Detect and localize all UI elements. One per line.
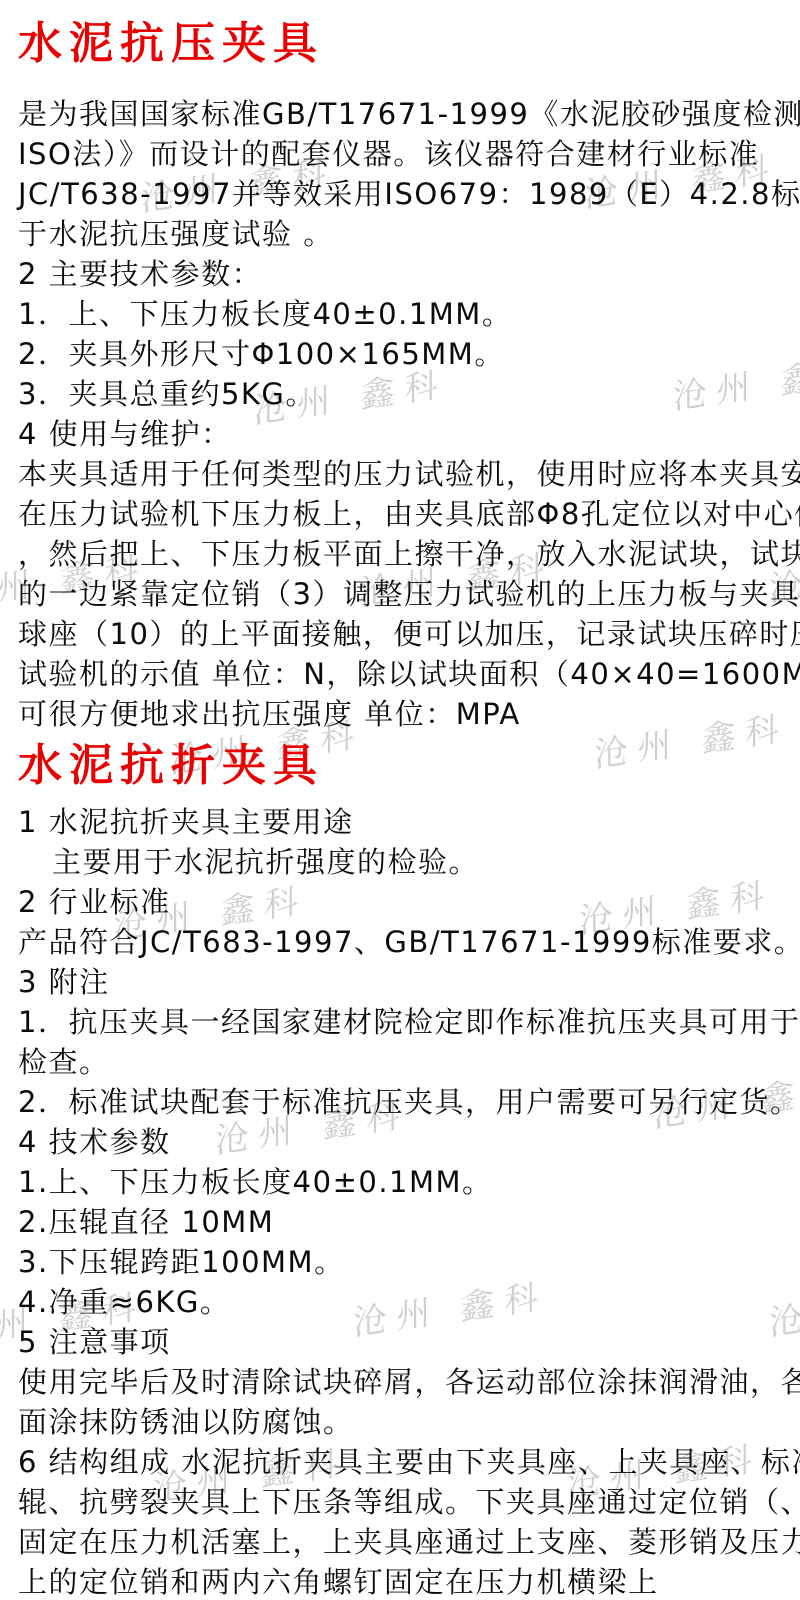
text-line: 在压力试验机下压力板上，由夹具底部Φ8孔定位以对中心位置 — [18, 494, 782, 534]
text-line: 1.上、下压力板长度40±0.1MM。 — [18, 1162, 782, 1202]
text-line: 球座（10）的上平面接触，便可以加压，记录试块压碎时压力 — [18, 614, 782, 654]
document-content: 水泥抗压夹具是为我国国家标准GB/T17671-1999《水泥胶砂强度检测方法（… — [0, 0, 800, 1600]
text-line: 试验机的示值 单位：N，除以试块面积（40×40=1600MM2）即 — [18, 654, 782, 694]
flex-tech-param-item: 2.压辊直径 10MM — [18, 1202, 782, 1242]
section-title-compression-fixture: 水泥抗压夹具 — [18, 18, 782, 70]
text-line: 1 水泥抗折夹具主要用途 — [18, 802, 782, 842]
flex-tech-param-item: 4.净重≈6KG。 — [18, 1282, 782, 1322]
text-line: 3 附注 — [18, 962, 782, 1002]
text-line: 1．抗压夹具一经国家建材院检定即作标准抗压夹具可用于对比 — [18, 1002, 782, 1042]
flex-tech-params-heading: 4 技术参数 — [18, 1122, 782, 1162]
tech-param-item: 3．夹具总重约5KG。 — [18, 374, 782, 414]
text-line: ISO法）》而设计的配套仪器。该仪器符合建材行业标准 — [18, 134, 782, 174]
text-line: 2．标准试块配套于标准抗压夹具，用户需要可另行定货。 — [18, 1082, 782, 1122]
tech-param-item: 1．上、下压力板长度40±0.1MM。 — [18, 294, 782, 334]
tech-param-item: 2．夹具外形尺寸Φ100×165MM。 — [18, 334, 782, 374]
text-line: 使用完毕后及时清除试块碎屑，各运动部位涂抹润滑油，各光 — [18, 1362, 782, 1402]
text-line: 本夹具适用于任何类型的压力试验机，使用时应将本夹具安放 — [18, 454, 782, 494]
structure-paragraph: 6 结构组成 水泥抗折夹具主要由下夹具座、上夹具座、标准夹辊、抗劈裂夹具上下压条… — [18, 1442, 782, 1600]
text-line: 可很方便地求出抗压强度 单位：MPA — [18, 694, 782, 734]
text-line: JC/T638-1997并等效采用ISO679：1989（E）4.2.8标准，用 — [18, 174, 782, 214]
text-line: 3.下压辊跨距100MM。 — [18, 1242, 782, 1282]
cautions-heading: 5 注意事项 — [18, 1322, 782, 1362]
text-line: 固定在压力机活塞上，上夹具座通过上支座、菱形销及压力机 — [18, 1522, 782, 1562]
flex-tech-param-item: 3.下压辊跨距100MM。 — [18, 1242, 782, 1282]
purpose-text: 主要用于水泥抗折强度的检验。 — [18, 842, 782, 882]
text-line: 1．上、下压力板长度40±0.1MM。 — [18, 294, 782, 334]
intro-paragraph: 是为我国国家标准GB/T17671-1999《水泥胶砂强度检测方法（ISO法）》… — [18, 94, 782, 254]
text-line: 6 结构组成 水泥抗折夹具主要由下夹具座、上夹具座、标准夹 — [18, 1442, 782, 1482]
text-line: 辊、抗劈裂夹具上下压条等组成。下夹具座通过定位销（、垫圈 — [18, 1482, 782, 1522]
text-line: 2．夹具外形尺寸Φ100×165MM。 — [18, 334, 782, 374]
purpose-heading: 1 水泥抗折夹具主要用途 — [18, 802, 782, 842]
text-line: 4 技术参数 — [18, 1122, 782, 1162]
note-item: 2．标准试块配套于标准抗压夹具，用户需要可另行定货。 — [18, 1082, 782, 1122]
text-line: 产品符合JC/T683-1997、GB/T17671-1999标准要求。 — [18, 922, 782, 962]
text-line: 上的定位销和两内六角螺钉固定在压力机横梁上 — [18, 1562, 782, 1600]
text-line: ，然后把上、下压力板平面上擦干净，放入水泥试块，试块宽 — [18, 534, 782, 574]
note-item: 1．抗压夹具一经国家建材院检定即作标准抗压夹具可用于对比检查。 — [18, 1002, 782, 1082]
industry-standard-text: 产品符合JC/T683-1997、GB/T17671-1999标准要求。 — [18, 922, 782, 962]
text-line: 是为我国国家标准GB/T17671-1999《水泥胶砂强度检测方法（ — [18, 94, 782, 134]
text-line: 面涂抹防锈油以防腐蚀。 — [18, 1402, 782, 1442]
text-line: 2.压辊直径 10MM — [18, 1202, 782, 1242]
tech-params-heading: 2 主要技术参数： — [18, 254, 782, 294]
text-line: 2 行业标准 — [18, 882, 782, 922]
text-line: 5 注意事项 — [18, 1322, 782, 1362]
text-line: 3．夹具总重约5KG。 — [18, 374, 782, 414]
text-line: 4 使用与维护： — [18, 414, 782, 454]
text-line: 于水泥抗压强度试验 。 — [18, 214, 782, 254]
usage-paragraph: 本夹具适用于任何类型的压力试验机，使用时应将本夹具安放在压力试验机下压力板上，由… — [18, 454, 782, 734]
cautions-paragraph: 使用完毕后及时清除试块碎屑，各运动部位涂抹润滑油，各光面涂抹防锈油以防腐蚀。 — [18, 1362, 782, 1442]
text-line: 检查。 — [18, 1042, 782, 1082]
text-line: 2 主要技术参数： — [18, 254, 782, 294]
industry-standard-heading: 2 行业标准 — [18, 882, 782, 922]
flex-tech-param-item: 1.上、下压力板长度40±0.1MM。 — [18, 1162, 782, 1202]
section-title-flexural-fixture: 水泥抗折夹具 — [18, 740, 782, 792]
text-line: 主要用于水泥抗折强度的检验。 — [18, 842, 782, 882]
text-line: 4.净重≈6KG。 — [18, 1282, 782, 1322]
notes-heading: 3 附注 — [18, 962, 782, 1002]
usage-heading: 4 使用与维护： — [18, 414, 782, 454]
text-line: 的一边紧靠定位销（3）调整压力试验机的上压力板与夹具的上 — [18, 574, 782, 614]
